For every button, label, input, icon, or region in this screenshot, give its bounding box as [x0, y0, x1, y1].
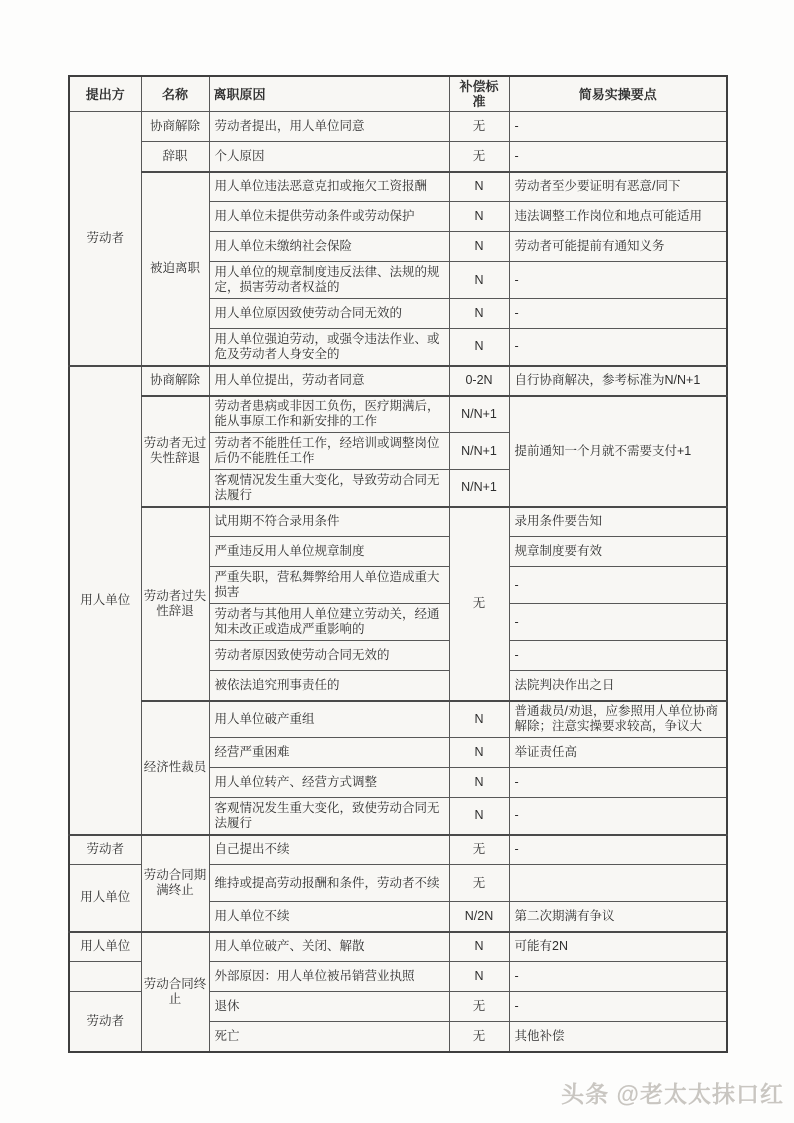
category-cell: 劳动合同期满终止	[141, 835, 209, 932]
note-cell: 举证责任高	[509, 738, 727, 768]
reason-cell: 用人单位违法恶意克扣或拖欠工资报酬	[209, 172, 449, 202]
category-cell: 经济性裁员	[141, 701, 209, 835]
note-cell: 规章制度要有效	[509, 537, 727, 567]
note-cell: 法院判决作出之日	[509, 671, 727, 701]
reason-cell: 被依法追究刑事责任的	[209, 671, 449, 701]
note-cell: 其他补偿	[509, 1022, 727, 1052]
compensation-cell: N/N+1	[449, 396, 509, 433]
reason-cell: 客观情况发生重大变化，导致劳动合同无法履行	[209, 470, 449, 507]
reason-cell: 严重失职，营私舞弊给用人单位造成重大损害	[209, 567, 449, 604]
note-cell: 自行协商解决，参考标准为N/N+1	[509, 366, 727, 396]
reason-cell: 严重违反用人单位规章制度	[209, 537, 449, 567]
reason-cell: 劳动者原因致使劳动合同无效的	[209, 641, 449, 671]
note-cell: -	[509, 567, 727, 604]
category-cell: 劳动者过失性辞退	[141, 507, 209, 701]
compensation-cell: 无	[449, 1022, 509, 1052]
reason-cell: 用人单位提出，劳动者同意	[209, 366, 449, 396]
note-cell: 普通裁员/劝退，应参照用人单位协商解除；注意实操要求较高，争议大	[509, 701, 727, 738]
note-cell: 劳动者可能提前有通知义务	[509, 232, 727, 262]
category-cell: 劳动合同终止	[141, 932, 209, 1052]
table-row: 劳动者无过失性辞退 劳动者患病或非因工负伤，医疗期满后，能从事原工作和新安排的工…	[69, 396, 727, 433]
reason-cell: 用人单位破产、关闭、解散	[209, 932, 449, 962]
note-cell: -	[509, 329, 727, 366]
note-cell	[509, 865, 727, 902]
note-cell: -	[509, 768, 727, 798]
reason-cell: 劳动者不能胜任工作，经培训或调整岗位后仍不能胜任工作	[209, 433, 449, 470]
reason-cell: 退休	[209, 992, 449, 1022]
reason-cell: 经营严重困难	[209, 738, 449, 768]
table-row: 用人单位 劳动合同终止 用人单位破产、关闭、解散 N 可能有2N	[69, 932, 727, 962]
compensation-cell: N/N+1	[449, 470, 509, 507]
note-cell: -	[509, 142, 727, 172]
reason-cell: 劳动者提出，用人单位同意	[209, 112, 449, 142]
reason-cell: 客观情况发生重大变化，致使劳动合同无法履行	[209, 798, 449, 835]
reason-cell: 劳动者患病或非因工负伤，医疗期满后，能从事原工作和新安排的工作	[209, 396, 449, 433]
reason-cell: 用人单位转产、经营方式调整	[209, 768, 449, 798]
note-cell: -	[509, 262, 727, 299]
compensation-cell: 0-2N	[449, 366, 509, 396]
note-cell: 提前通知一个月就不需要支付+1	[509, 396, 727, 507]
reason-cell: 试用期不符合录用条件	[209, 507, 449, 537]
table-row: 被迫离职 用人单位违法恶意克扣或拖欠工资报酬 N 劳动者至少要证明有恶意/同下	[69, 172, 727, 202]
proposer-cell: 劳动者	[69, 992, 141, 1052]
proposer-cell: 用人单位	[69, 932, 141, 962]
compensation-cell: 无	[449, 112, 509, 142]
note-cell: -	[509, 641, 727, 671]
note-cell: -	[509, 112, 727, 142]
note-cell: 可能有2N	[509, 932, 727, 962]
reason-cell: 用人单位的规章制度违反法律、法规的规定，损害劳动者权益的	[209, 262, 449, 299]
compensation-cell: N	[449, 172, 509, 202]
reason-cell: 用人单位未提供劳动条件或劳动保护	[209, 202, 449, 232]
reason-cell: 维持或提高劳动报酬和条件，劳动者不续	[209, 865, 449, 902]
proposer-cell: 劳动者	[69, 112, 141, 366]
compensation-cell: N	[449, 329, 509, 366]
category-cell: 被迫离职	[141, 172, 209, 366]
reason-cell: 用人单位强迫劳动，或强令违法作业、或危及劳动者人身安全的	[209, 329, 449, 366]
compensation-cell: 无	[449, 142, 509, 172]
compensation-cell: 无	[449, 865, 509, 902]
table-row: 经济性裁员 用人单位破产重组 N 普通裁员/劝退，应参照用人单位协商解除；注意实…	[69, 701, 727, 738]
compensation-cell: N	[449, 798, 509, 835]
proposer-cell: 用人单位	[69, 865, 141, 932]
proposer-cell: 用人单位	[69, 366, 141, 835]
compensation-cell: N	[449, 202, 509, 232]
reason-cell: 自己提出不续	[209, 835, 449, 865]
proposer-cell: 劳动者	[69, 835, 141, 865]
compensation-cell: N	[449, 299, 509, 329]
header-category: 名称	[141, 76, 209, 112]
category-cell: 协商解除	[141, 366, 209, 396]
table-row: 辞职 个人原因 无 -	[69, 142, 727, 172]
note-cell: -	[509, 992, 727, 1022]
compensation-cell: 无	[449, 992, 509, 1022]
note-cell: 劳动者至少要证明有恶意/同下	[509, 172, 727, 202]
page-canvas: 提出方 名称 离职原因 补偿标准 简易实操要点 劳动者 协商解除 劳动者提出，用…	[0, 0, 794, 1123]
note-cell: -	[509, 798, 727, 835]
compensation-cell: N	[449, 768, 509, 798]
note-cell: 违法调整工作岗位和地点可能适用	[509, 202, 727, 232]
compensation-cell: N	[449, 262, 509, 299]
compensation-cell: N	[449, 932, 509, 962]
header-compensation: 补偿标准	[449, 76, 509, 112]
reason-cell: 用人单位破产重组	[209, 701, 449, 738]
note-cell: 第二次期满有争议	[509, 902, 727, 932]
note-cell: -	[509, 299, 727, 329]
table-row: 劳动者过失性辞退 试用期不符合录用条件 无 录用条件要告知	[69, 507, 727, 537]
reason-cell: 死亡	[209, 1022, 449, 1052]
compensation-cell: 无	[449, 507, 509, 701]
note-cell: -	[509, 604, 727, 641]
compensation-cell: N	[449, 701, 509, 738]
compensation-cell: N/N+1	[449, 433, 509, 470]
reason-cell: 用人单位原因致使劳动合同无效的	[209, 299, 449, 329]
reason-cell: 用人单位不续	[209, 902, 449, 932]
note-cell: 录用条件要告知	[509, 507, 727, 537]
category-cell: 辞职	[141, 142, 209, 172]
table-row: 劳动者 协商解除 劳动者提出，用人单位同意 无 -	[69, 112, 727, 142]
header-proposer: 提出方	[69, 76, 141, 112]
category-cell: 劳动者无过失性辞退	[141, 396, 209, 507]
note-cell: -	[509, 835, 727, 865]
category-cell: 协商解除	[141, 112, 209, 142]
table-row: 用人单位 协商解除 用人单位提出，劳动者同意 0-2N 自行协商解决，参考标准为…	[69, 366, 727, 396]
compensation-cell: N	[449, 232, 509, 262]
table-row: 劳动者 劳动合同期满终止 自己提出不续 无 -	[69, 835, 727, 865]
compensation-cell: N	[449, 738, 509, 768]
reason-cell: 外部原因：用人单位被吊销营业执照	[209, 962, 449, 992]
compensation-cell: 无	[449, 835, 509, 865]
note-cell: -	[509, 962, 727, 992]
watermark-text: 头条 @老太太抹口红	[561, 1076, 784, 1109]
compensation-cell: N	[449, 962, 509, 992]
reason-cell: 个人原因	[209, 142, 449, 172]
header-reason: 离职原因	[209, 76, 449, 112]
header-row: 提出方 名称 离职原因 补偿标准 简易实操要点	[69, 76, 727, 112]
reason-cell: 劳动者与其他用人单位建立劳动关，经通知未改正或造成严重影响的	[209, 604, 449, 641]
reason-cell: 用人单位未缴纳社会保险	[209, 232, 449, 262]
proposer-cell-empty	[69, 962, 141, 992]
header-notes: 简易实操要点	[509, 76, 727, 112]
compensation-cell: N/2N	[449, 902, 509, 932]
compensation-table: 提出方 名称 离职原因 补偿标准 简易实操要点 劳动者 协商解除 劳动者提出，用…	[68, 75, 728, 1053]
